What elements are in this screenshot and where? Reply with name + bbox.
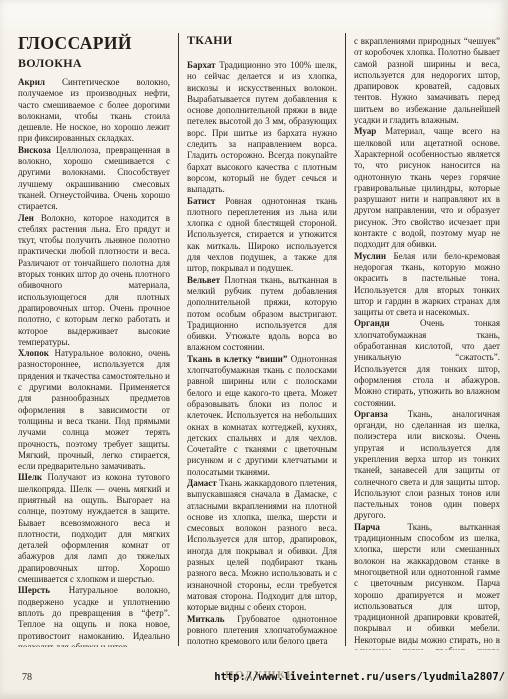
columns-container: ГЛОССАРИЙ ВОЛОКНА АкрилСинтетическое вол…	[18, 33, 500, 647]
page-title: ГЛОССАРИЙ	[18, 33, 170, 53]
glossary-entry-muar: МуарМатериал, чаще всего на шелковой или…	[354, 126, 500, 250]
glossary-entry-vishi: Ткань в клетку “виши”Однотонная хлопчато…	[187, 354, 337, 478]
glossary-entry-organza: ОрганзаТкань, аналогичная органди, но сд…	[354, 409, 500, 522]
entry-text: Плотная ткань, вытканная в мелкий рубчик…	[187, 275, 337, 353]
entry-text: Очень тонкая хлопчатобумажная ткань, обр…	[354, 318, 500, 407]
entry-text: Ткань, аналогичная органди, но сделанная…	[354, 409, 500, 521]
glossary-entry-len: ЛенВолокно, которое находится в стеблях …	[18, 213, 170, 349]
entry-term: Акрил	[18, 77, 62, 87]
entry-text: Натуральное волокно, очень разносторонне…	[18, 348, 170, 471]
glossary-entry-muslin: МуслинБелая или бело-кремовая недорогая …	[354, 251, 500, 319]
mitkal-continuation-text: с вкраплениями природных “чешуек” от кор…	[354, 36, 500, 126]
column-divider	[178, 33, 179, 646]
glossary-entry-damast: ДамастТкань жаккардового плетения, выпус…	[187, 478, 337, 614]
entry-term: Шелк	[18, 472, 48, 482]
entry-text: Волокно, которое находится в стеблях рас…	[18, 213, 170, 347]
entry-text: Ровная однотонная ткань плотного перепле…	[187, 196, 337, 274]
fibers-text-block: АкрилСинтетическое волокно, получаемое и…	[18, 77, 170, 647]
entry-term: Органза	[354, 409, 408, 419]
entry-term: Ткань в клетку “виши”	[187, 354, 291, 364]
book-page: ГЛОССАРИЙ ВОЛОКНА АкрилСинтетическое вол…	[0, 0, 508, 699]
entry-text: Материал, чаще всего на шелковой или аце…	[354, 126, 500, 249]
glossary-entry-barkhat: БархатТрадиционно это 100% шелк, но сейч…	[187, 60, 337, 196]
glossary-entry-shelk: ШелкПолучают из кокона тутового шелкопря…	[18, 472, 170, 585]
glossary-entry-viskoza: ВискозаЦеллюлоза, превращенная в волокно…	[18, 145, 170, 213]
entry-term: Хлопок	[18, 348, 55, 358]
entry-term: Вельвет	[187, 275, 224, 285]
section-title-fabrics: ТКАНИ	[187, 33, 337, 48]
column-divider	[345, 33, 346, 646]
section-title-fibers: ВОЛОКНА	[18, 56, 170, 71]
entry-term: Батист	[187, 196, 225, 206]
fabrics-text-block: БархатТрадиционно это 100% шелк, но сейч…	[187, 60, 337, 647]
entry-term: Шерсть	[18, 585, 69, 595]
entry-term: Муар	[354, 126, 385, 136]
entry-term: Органди	[354, 318, 420, 328]
fabrics-continued-text-block: с вкраплениями природных “чешуек” от кор…	[354, 36, 500, 650]
entry-text: Ткань, вытканная традиционным способом и…	[354, 522, 500, 650]
glossary-entry-velvet: ВельветПлотная ткань, вытканная в мелкий…	[187, 275, 337, 354]
entry-text: Однотонная хлопчатобумажная ткань с поло…	[187, 354, 337, 477]
entry-term: Бархат	[187, 60, 219, 70]
glossary-entry-batist: БатистРовная однотонная ткань плотного п…	[187, 196, 337, 275]
glossary-entry-akril: АкрилСинтетическое волокно, получаемое и…	[18, 77, 170, 145]
page-number: 78	[22, 672, 32, 683]
column-fabrics-continued: с вкраплениями природных “чешуек” от кор…	[354, 33, 500, 650]
entry-term: Парча	[354, 522, 407, 532]
glossary-entry-sherst: ШерстьНатуральное волокно, подвержено ус…	[18, 585, 170, 647]
entry-text: Ткань жаккардового плетения, выпускавшая…	[187, 478, 337, 612]
entry-term: Вискоза	[18, 145, 56, 155]
entry-term: Миткаль	[187, 614, 237, 624]
glossary-entry-organdi: ОргандиОчень тонкая хлопчатобумажная тка…	[354, 318, 500, 408]
entry-text: Получают из кокона тутового шелкопряда. …	[18, 472, 170, 584]
glossary-entry-khlopok: ХлопокНатуральное волокно, очень разност…	[18, 348, 170, 472]
watermark-url: http://www.liveinternet.ru/users/lyudmil…	[214, 671, 505, 683]
entry-term: Муслин	[354, 251, 393, 261]
glossary-entry-parcha: ПарчаТкань, вытканная традиционным спосо…	[354, 522, 500, 650]
column-fibers: ГЛОССАРИЙ ВОЛОКНА АкрилСинтетическое вол…	[18, 33, 170, 647]
entry-term: Дамаст	[187, 478, 219, 488]
entry-text: Традиционно это 100% шелк, но сейчас дел…	[187, 60, 337, 194]
glossary-entry-mitkal: МиткальГрубоватое однотонное ровного пле…	[187, 614, 337, 647]
column-fabrics: ТКАНИ БархатТрадиционно это 100% шелк, н…	[187, 33, 337, 647]
entry-term: Лен	[18, 213, 41, 223]
